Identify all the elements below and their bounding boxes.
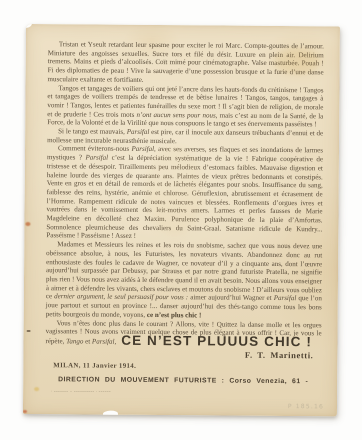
text-segment: Madames et Messieurs les reines et les r… <box>46 240 322 300</box>
signature: F. T. Marinetti. <box>45 348 321 360</box>
paragraph: Madames et Messieurs les reines et les r… <box>46 240 323 320</box>
text-segment: Parsifal <box>85 154 108 162</box>
futurist-direction-line: DIRECTION DU MOUVEMENT FUTURISTE : Corso… <box>45 376 321 385</box>
text-segment: Comment éviterons-nous <box>58 145 132 154</box>
text-segment: Tristan et Yseult retardant leur spasme … <box>48 40 324 83</box>
printer-imprint: · ––––––– ·· –––––––––– · –––––– <box>51 389 321 395</box>
manifesto-text: Tristan et Yseult retardant leur spasme … <box>45 40 323 348</box>
paragraph: Tangos et tangages de voiliers qui ont j… <box>47 84 323 130</box>
paper-stain <box>27 330 31 332</box>
paragraph: Comment éviterons-nous Parsifal, avec se… <box>46 145 323 243</box>
paper-stain <box>25 222 30 226</box>
text-segment: dernier argument, le seul persuasif pour… <box>54 293 188 302</box>
dateline: MILAN, 11 Janvier 1914. <box>53 362 321 371</box>
paper-sheet: Tristan et Yseult retardant leur spasme … <box>23 24 340 416</box>
text-segment: Tango <box>66 337 83 345</box>
slogan-large-text: CE N’EST PLUUUS CHIC ! <box>116 333 312 350</box>
paper-stain <box>23 410 27 413</box>
text-segment: n’ont aucun sens pour nous, <box>136 110 217 119</box>
text-segment: ce n’est plus chic ! <box>147 311 202 319</box>
text-segment: Parsifal, <box>131 145 155 153</box>
text-segment: Parsifal <box>127 128 150 136</box>
text-segment: c’est la dépréciation systématique de la… <box>46 154 323 241</box>
paragraph: Vous n’êtes donc plus dans le courant ? … <box>45 319 321 348</box>
pencil-inventory-mark: P 185.16 <box>288 403 324 410</box>
text-segment: Parsifal <box>274 294 297 302</box>
text-segment: aimer aujourd’hui Wagner et <box>188 294 274 303</box>
scanned-leaflet-page: { "colors": { "page_background": "#fdfdf… <box>0 0 362 440</box>
paper-tear <box>103 410 118 416</box>
paper-stain <box>34 387 39 391</box>
text-segment: Si le tango est mauvais, <box>58 127 127 136</box>
paragraph: Tristan et Yseult retardant leur spasme … <box>48 40 324 86</box>
paper-corner-wear <box>24 24 32 28</box>
paragraph: Si le tango est mauvais, Parsifal est pi… <box>47 127 323 147</box>
text-segment: Parsifal, <box>92 337 116 345</box>
